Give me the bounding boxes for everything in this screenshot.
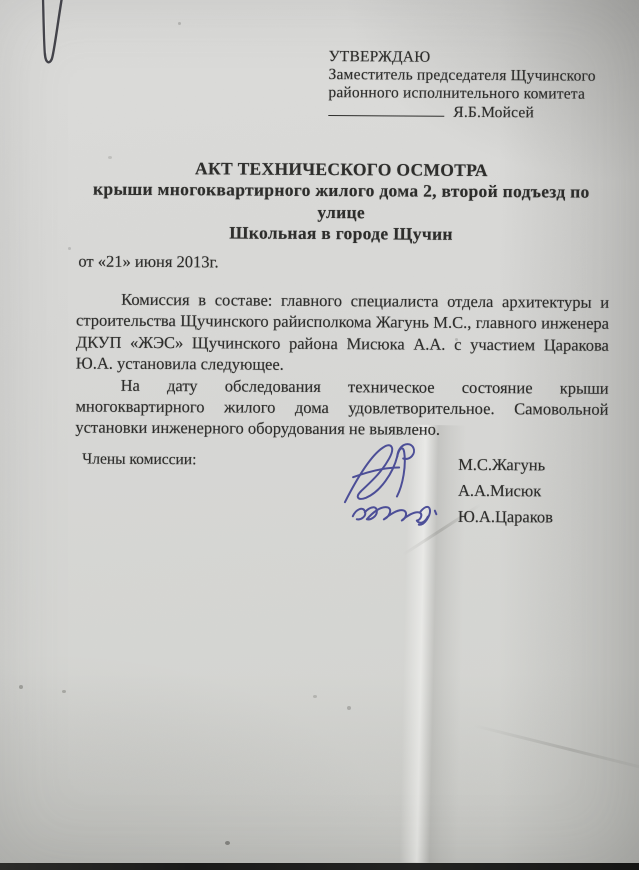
handwritten-signature-ink [327,430,468,541]
member-name: Ю.А.Цараков [458,504,553,531]
signature-blank-line [328,102,444,117]
table-edge-strip [0,863,639,870]
title-line-3: Школьная в городе Щучин [69,222,614,247]
approval-heading: УТВЕРЖДАЮ [329,48,624,68]
document-content: УТВЕРЖДАЮ Заместитель председателя Щучин… [0,0,639,870]
document-body: Комиссия в составе: главного специалиста… [75,289,609,442]
member-name: А.А.Мисюк [458,478,553,505]
document-title: АКТ ТЕХНИЧЕСКОГО ОСМОТРА крыши многоквар… [69,157,615,246]
body-paragraph-1: Комиссия в составе: главного специалиста… [76,289,610,378]
date-line: от «21» июня 2013г. [78,252,218,273]
title-line-2: крыши многоквартирного жилого дома 2, вт… [69,179,614,225]
document-photo: УТВЕРЖДАЮ Заместитель председателя Щучин… [0,0,639,870]
approval-signature-row: Я.Б.Мойсей [328,102,623,123]
commission-members-label: Члены комиссии: [82,451,196,470]
member-name: М.С.Жагунь [458,452,553,479]
approval-position-line1: Заместитель председателя Щучинского [328,66,623,86]
approval-position-line2: районного исполнительного комитета [328,84,623,104]
approval-block: УТВЕРЖДАЮ Заместитель председателя Щучин… [328,48,623,122]
approver-name: Я.Б.Мойсей [453,104,534,121]
commission-members-list: М.С.Жагунь А.А.Мисюк Ю.А.Цараков [458,452,554,531]
